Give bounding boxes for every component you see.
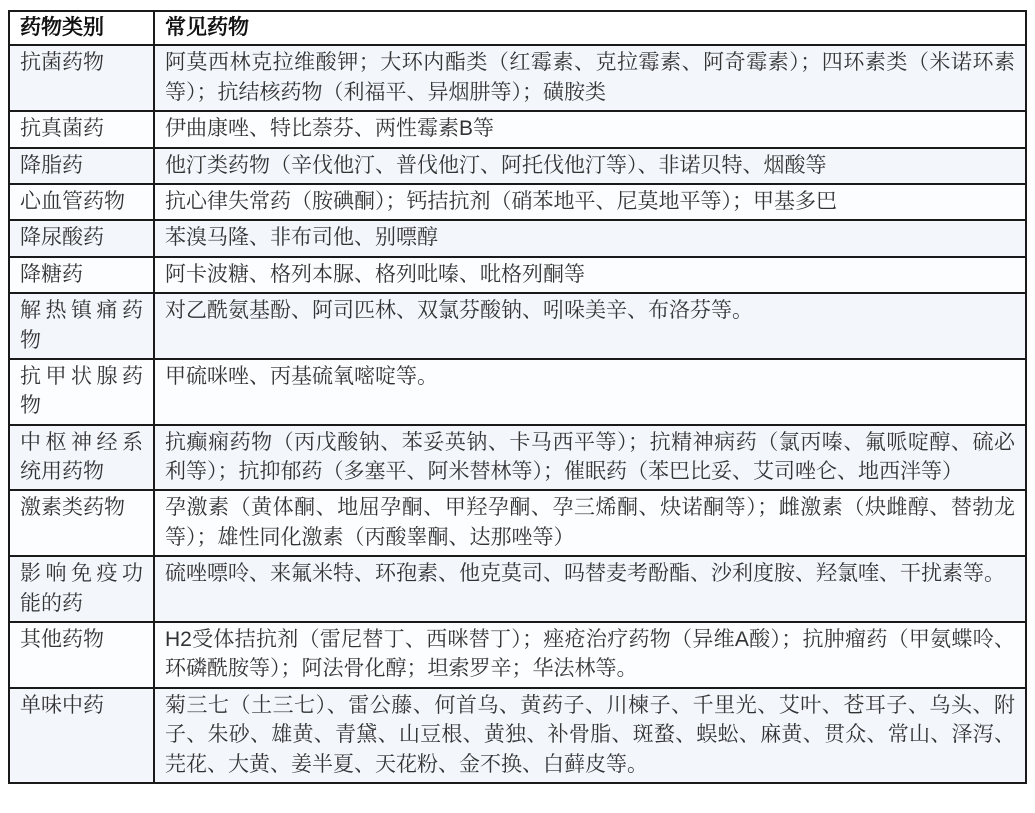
table-row: 降尿酸药 苯溴马隆、非布司他、别嘌醇 [9,220,1026,256]
drug-category-table: 药物类别 常见药物 抗菌药物 阿莫西林克拉维酸钾；大环内酯类（红霉素、克拉霉素、… [8,10,1027,784]
common-drugs-cell: 硫唑嘌呤、来氟米特、环孢素、他克莫司、吗替麦考酚酯、沙利度胺、羟氯喹、干扰素等。 [154,556,1026,622]
common-drugs-cell: 苯溴马隆、非布司他、别嘌醇 [154,220,1026,256]
common-drugs-cell: H2受体拮抗剂（雷尼替丁、西咪替丁）；痤疮治疗药物（异维A酸）；抗肿瘤药（甲氨蝶… [154,622,1026,688]
common-drugs-cell: 伊曲康唑、特比萘芬、两性霉素B等 [154,111,1026,147]
common-drugs-cell: 阿卡波糖、格列本脲、格列吡嗪、吡格列酮等 [154,257,1026,293]
drug-category-cell: 抗真菌药 [9,111,154,147]
table-row: 抗真菌药 伊曲康唑、特比萘芬、两性霉素B等 [9,111,1026,147]
drug-category-cell: 降糖药 [9,257,154,293]
drug-category-cell: 心血管药物 [9,184,154,220]
drug-category-cell: 激素类药物 [9,490,154,556]
table-row: 抗菌药物 阿莫西林克拉维酸钾；大环内酯类（红霉素、克拉霉素、阿奇霉素）；四环素类… [9,45,1026,111]
common-drugs-cell: 甲硫咪唑、丙基硫氧嘧啶等。 [154,359,1026,425]
common-drugs-cell: 阿莫西林克拉维酸钾；大环内酯类（红霉素、克拉霉素、阿奇霉素）；四环素类（米诺环素… [154,45,1026,111]
table-row: 降脂药 他汀类药物（辛伐他汀、普伐他汀、阿托伐他汀等）、非诺贝特、烟酸等 [9,148,1026,184]
article-page: 药物类别 常见药物 抗菌药物 阿莫西林克拉维酸钾；大环内酯类（红霉素、克拉霉素、… [0,0,1035,813]
drug-category-cell: 单味中药 [9,688,154,783]
table-row: 抗甲状腺药物 甲硫咪唑、丙基硫氧嘧啶等。 [9,359,1026,425]
table-row: 影响免疫功能的药 硫唑嘌呤、来氟米特、环孢素、他克莫司、吗替麦考酚酯、沙利度胺、… [9,556,1026,622]
drug-category-cell: 中枢神经系统用药物 [9,425,154,491]
table-row: 单味中药 菊三七（土三七）、雷公藤、何首乌、黄药子、川楝子、千里光、艾叶、苍耳子… [9,688,1026,783]
table-row: 降糖药 阿卡波糖、格列本脲、格列吡嗪、吡格列酮等 [9,257,1026,293]
common-drugs-cell: 抗心律失常药（胺碘酮）；钙拮抗剂（硝苯地平、尼莫地平等）；甲基多巴 [154,184,1026,220]
table-header-row: 药物类别 常见药物 [9,11,1026,45]
drug-category-cell: 影响免疫功能的药 [9,556,154,622]
common-drugs-cell: 他汀类药物（辛伐他汀、普伐他汀、阿托伐他汀等）、非诺贝特、烟酸等 [154,148,1026,184]
table-row: 其他药物 H2受体拮抗剂（雷尼替丁、西咪替丁）；痤疮治疗药物（异维A酸）；抗肿瘤… [9,622,1026,688]
drug-category-cell: 抗菌药物 [9,45,154,111]
table-row: 解热镇痛药物 对乙酰氨基酚、阿司匹林、双氯芬酸钠、吲哚美辛、布洛芬等。 [9,293,1026,359]
drug-category-cell: 降尿酸药 [9,220,154,256]
table-row: 中枢神经系统用药物 抗癫痫药物（丙戊酸钠、苯妥英钠、卡马西平等）；抗精神病药（氯… [9,425,1026,491]
common-drugs-cell: 孕激素（黄体酮、地屈孕酮、甲羟孕酮、孕三烯酮、炔诺酮等）；雌激素（炔雌醇、替勃龙… [154,490,1026,556]
common-drugs-cell: 菊三七（土三七）、雷公藤、何首乌、黄药子、川楝子、千里光、艾叶、苍耳子、乌头、附… [154,688,1026,783]
column-header-drug-category: 药物类别 [9,11,154,45]
drug-category-cell: 解热镇痛药物 [9,293,154,359]
column-header-common-drugs: 常见药物 [154,11,1026,45]
table-row: 激素类药物 孕激素（黄体酮、地屈孕酮、甲羟孕酮、孕三烯酮、炔诺酮等）；雌激素（炔… [9,490,1026,556]
table-row: 心血管药物 抗心律失常药（胺碘酮）；钙拮抗剂（硝苯地平、尼莫地平等）；甲基多巴 [9,184,1026,220]
drug-category-cell: 其他药物 [9,622,154,688]
drug-category-cell: 抗甲状腺药物 [9,359,154,425]
common-drugs-cell: 抗癫痫药物（丙戊酸钠、苯妥英钠、卡马西平等）；抗精神病药（氯丙嗪、氟哌啶醇、硫必… [154,425,1026,491]
drug-category-cell: 降脂药 [9,148,154,184]
common-drugs-cell: 对乙酰氨基酚、阿司匹林、双氯芬酸钠、吲哚美辛、布洛芬等。 [154,293,1026,359]
